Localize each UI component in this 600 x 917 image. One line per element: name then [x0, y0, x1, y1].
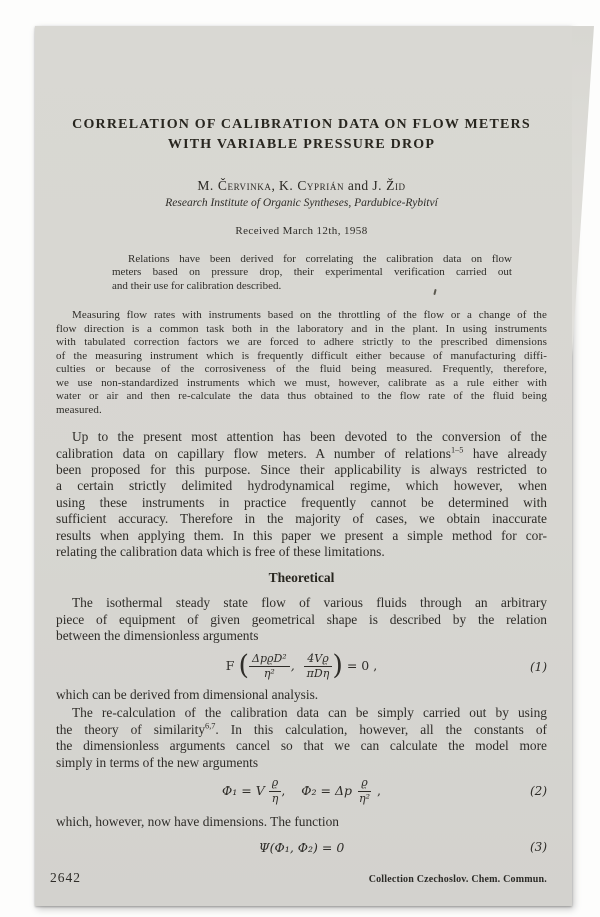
text-line: piece of equipment of given geometrical …	[56, 612, 547, 628]
text-line: calibration data on capillary flow meter…	[56, 446, 547, 462]
equation-2-number: (2)	[530, 784, 547, 798]
equation-3-body: Ψ(Φ₁, Φ₂) = 0	[259, 840, 345, 855]
eq1-fraction-2: 4VϱπDη	[304, 653, 333, 681]
eq2-lhs-1: Φ₁ = V	[222, 783, 265, 798]
intro-paragraph-small: Measuring flow rates with instruments ba…	[56, 309, 547, 417]
text-line: culties or because of the corrosiveness …	[56, 363, 547, 377]
paper-page: CORRELATION OF CALIBRATION DATA ON FLOW …	[35, 26, 572, 906]
text-line: The re-calculation of the calibration da…	[56, 705, 547, 721]
authors-line: M. Červinka, K. Cyprián and J. Žid	[56, 178, 547, 194]
text-line: been proposed for this purpose. Since th…	[56, 462, 547, 478]
after-equation-1-text: which can be derived from dimensional an…	[56, 687, 547, 703]
page-content: CORRELATION OF CALIBRATION DATA ON FLOW …	[35, 26, 572, 855]
received-date-line: Received March 12th, 1958	[56, 225, 547, 237]
right-parenthesis: )	[332, 650, 343, 681]
paper-title: CORRELATION OF CALIBRATION DATA ON FLOW …	[56, 115, 547, 155]
authors-conjunction: and	[348, 178, 369, 193]
text-line: measured.	[56, 404, 547, 418]
eq2-lhs-2: Φ₂ = Δp	[301, 783, 352, 798]
page-number: 2642	[50, 870, 81, 886]
eq2-tail: ,	[377, 783, 381, 798]
text-line: Up to the present most attention has bee…	[56, 429, 547, 445]
eq1-frac1-numerator: ΔpϱD²	[249, 653, 290, 668]
text-line: Measuring flow rates with instruments ba…	[56, 309, 547, 323]
eq2-frac1-denominator: η	[269, 792, 282, 806]
page-footer: 2642 Collection Czechoslov. Chem. Commun…	[50, 870, 547, 886]
text-line: the dimensionless arguments cancel so th…	[56, 738, 547, 754]
text-line: using these instruments in practice freq…	[56, 495, 547, 511]
text-line: simply in terms of the new arguments	[56, 755, 547, 771]
equation-3-number: (3)	[530, 840, 547, 854]
eq2-separator: ,	[281, 783, 285, 798]
equation-2: Φ₁ = V ϱη,Φ₂ = Δp ϱη² , (2)	[56, 777, 547, 805]
text-line: water or air and then re-calculate the d…	[56, 390, 547, 404]
eq1-rhs: = 0 ,	[347, 658, 377, 673]
text-line: meters based on pressure drop, their exp…	[112, 266, 512, 279]
eq1-function-symbol: F	[226, 658, 235, 673]
text-line: the theory of similarity6,7. In this cal…	[56, 722, 547, 738]
after-equation-2-text: which, however, now have dimensions. The…	[56, 814, 547, 830]
author-3: J. Žid	[372, 178, 405, 193]
abstract: Relations have been derived for correlat…	[112, 253, 512, 293]
text-line: results when applying them. In this pape…	[56, 528, 547, 544]
author-2: K. Cyprián	[279, 178, 344, 193]
eq2-frac1-numerator: ϱ	[269, 777, 281, 792]
author-separator: ,	[271, 178, 275, 193]
text-line: we use non-standardized instruments whic…	[56, 377, 547, 391]
text-line: with tabulated correction factors we are…	[56, 336, 547, 350]
text-line: of the measuring instrument which is fre…	[56, 350, 547, 364]
eq1-comma: ,	[291, 658, 295, 673]
text-line: The isothermal steady state flow of vari…	[56, 595, 547, 611]
eq1-frac2-numerator: 4Vϱ	[304, 653, 331, 668]
equation-2-body: Φ₁ = V ϱη,Φ₂ = Δp ϱη² ,	[222, 783, 381, 798]
eq2-frac2-denominator: η²	[356, 792, 373, 806]
text-line: and their use for calibration described.	[112, 280, 512, 293]
title-line-2: WITH VARIABLE PRESSURE DROP	[56, 135, 547, 155]
equation-3: Ψ(Φ₁, Φ₂) = 0 (3)	[56, 840, 547, 855]
section-heading-theoretical: Theoretical	[56, 570, 547, 586]
left-parenthesis: (	[238, 650, 249, 681]
equation-1-body: F (ΔpϱD²η²,4VϱπDη) = 0 ,	[226, 658, 377, 673]
text-line: sufficient accuracy. Therefore in the ma…	[56, 511, 547, 527]
eq2-frac2-numerator: ϱ	[358, 777, 370, 792]
equation-1: F (ΔpϱD²η²,4VϱπDη) = 0 , (1)	[56, 653, 547, 681]
title-line-1: CORRELATION OF CALIBRATION DATA ON FLOW …	[56, 115, 547, 135]
scan-background: CORRELATION OF CALIBRATION DATA ON FLOW …	[0, 0, 600, 917]
text-line: relating the calibration data which is f…	[56, 544, 547, 560]
author-1: M. Červinka	[197, 178, 271, 193]
theory-paragraph-2: The re-calculation of the calibration da…	[56, 705, 547, 771]
eq1-frac2-denominator: πDη	[304, 667, 333, 681]
eq2-fraction-1: ϱη	[269, 777, 282, 805]
eq1-frac1-denominator: η²	[261, 667, 278, 681]
eq2-fraction-2: ϱη²	[356, 777, 373, 805]
equation-1-number: (1)	[530, 660, 547, 674]
eq1-fraction-1: ΔpϱD²η²	[249, 653, 290, 681]
text-line: a certain strictly delimited hydrodynami…	[56, 478, 547, 494]
affiliation-line: Research Institute of Organic Syntheses,…	[56, 197, 547, 209]
text-line: flow direction is a common task both in …	[56, 323, 547, 337]
journal-name: Collection Czechoslov. Chem. Commun.	[369, 874, 547, 885]
theory-paragraph-1: The isothermal steady state flow of vari…	[56, 595, 547, 644]
text-line: Relations have been derived for correlat…	[112, 253, 512, 266]
intro-paragraph: Up to the present most attention has bee…	[56, 429, 547, 560]
text-line: between the dimensionless arguments	[56, 628, 547, 644]
